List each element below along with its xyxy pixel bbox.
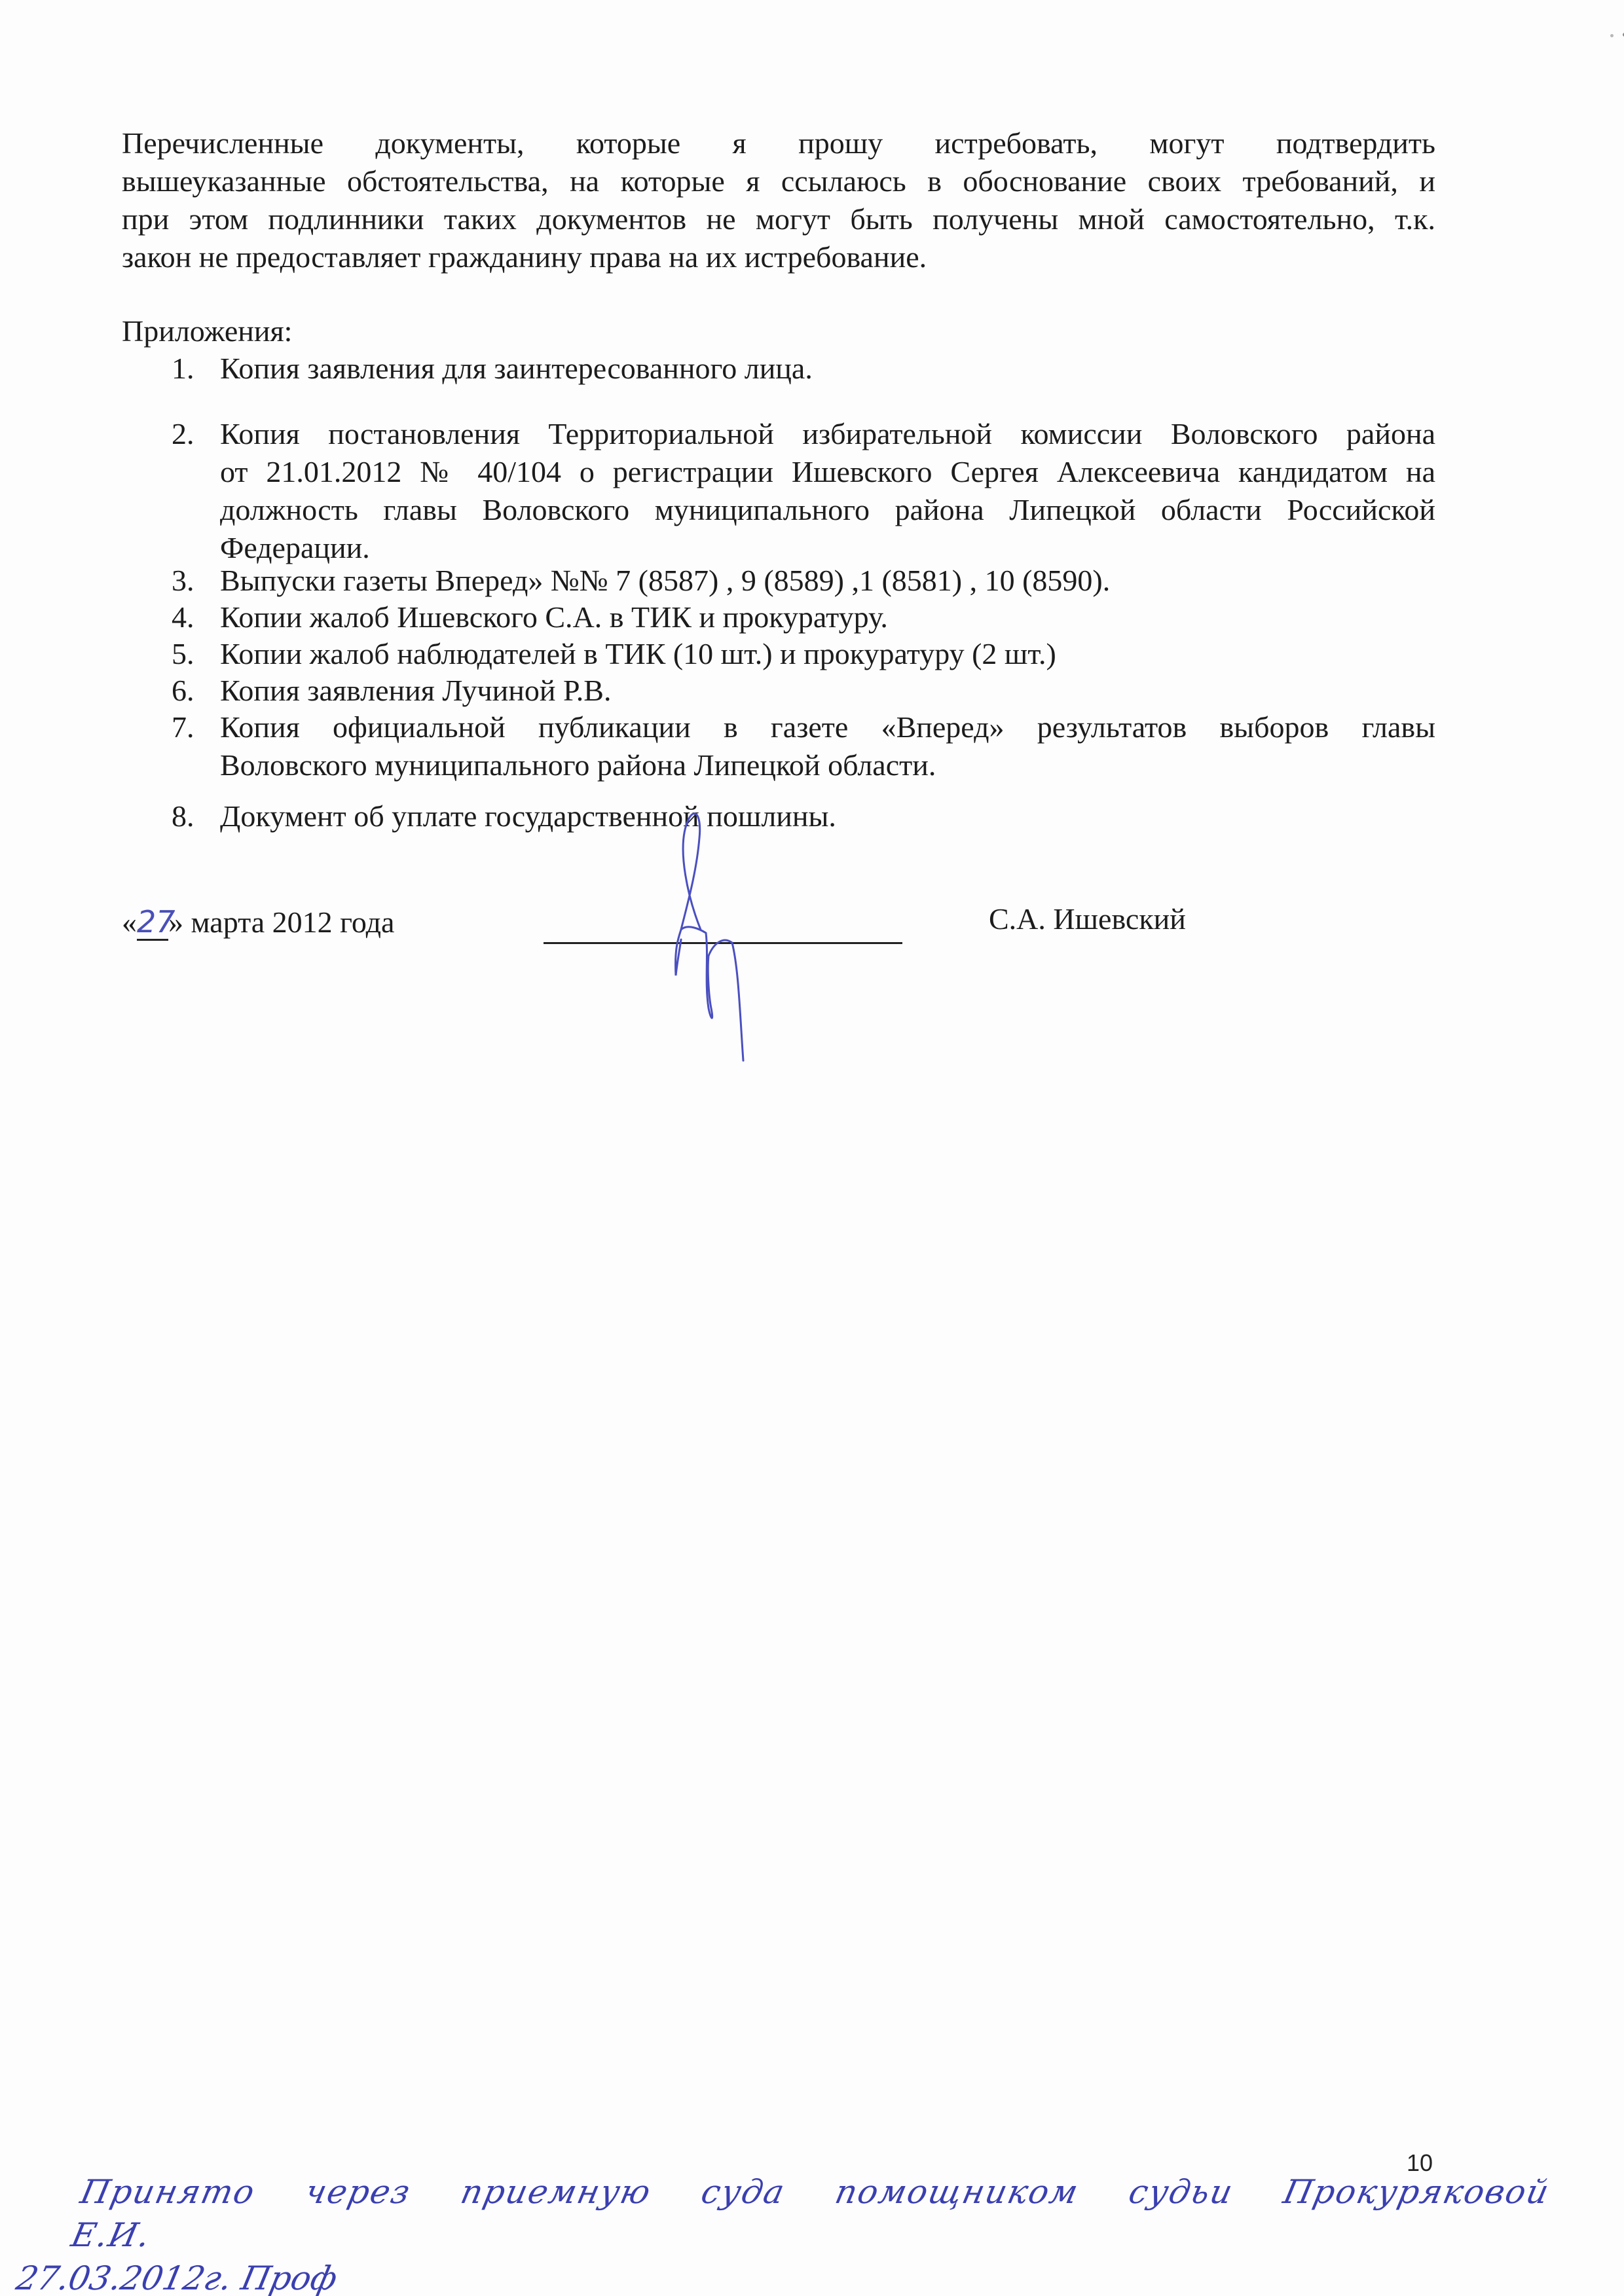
list-item-text: Копии жалоб Ишевского С.А. в ТИК и проку… <box>220 598 1435 636</box>
signer-name: С.А. Ишевский <box>989 900 1186 938</box>
handwritten-signature <box>648 799 779 1087</box>
list-item-text: Выпуски газеты Вперед» №№ 7 (8587) , 9 (… <box>220 562 1435 600</box>
list-item-text: Копия заявления для заинтересованного ли… <box>220 350 1435 388</box>
scanned-document-page: Перечисленные документы, которые я прошу… <box>0 0 1624 2296</box>
list-number: 5. <box>172 635 211 673</box>
paragraph-line: Перечисленные документы, которые я прошу… <box>122 124 1435 162</box>
paragraph-line: вышеуказанные обстоятельства, на которые… <box>122 162 1435 200</box>
list-number: 1. <box>172 350 211 388</box>
list-number: 6. <box>172 672 211 710</box>
handwritten-receipt-note: Принято через приемную суда помощником с… <box>58 2170 1592 2296</box>
paragraph-line: при этом подлинники таких документов не … <box>122 200 1435 238</box>
list-item-text: Копия заявления Лучиной Р.В. <box>220 672 1435 710</box>
list-number: 2. <box>172 415 211 453</box>
list-item-text: должность главы Воловского муниципальног… <box>220 491 1435 529</box>
attachments-heading: Приложения: <box>122 312 292 350</box>
handnote-line: 27.03.2012г. Проф <box>12 2257 1574 2296</box>
scan-speck <box>1610 34 1614 37</box>
list-item-text: от 21.01.2012 № 40/104 о регистрации Ише… <box>220 453 1435 491</box>
body-paragraph: Перечисленные документы, которые я прошу… <box>122 124 1435 276</box>
list-item-text: Копия постановления Территориальной изби… <box>220 415 1435 453</box>
list-number: 8. <box>172 797 211 835</box>
list-item-text: Воловского муниципального района Липецко… <box>220 746 1435 784</box>
list-item-text: Копии жалоб наблюдателей в ТИК (10 шт.) … <box>220 635 1435 673</box>
paragraph-line: закон не предоставляет гражданину права … <box>122 238 1435 276</box>
handwritten-day: 27 <box>137 905 168 941</box>
quote-open: « <box>122 905 137 939</box>
date-text: » марта 2012 года <box>168 905 394 939</box>
list-number: 3. <box>172 562 211 600</box>
list-item-text: Копия официальной публикации в газете «В… <box>220 708 1435 746</box>
list-number: 4. <box>172 598 211 636</box>
date-line: «27» марта 2012 года <box>122 903 394 941</box>
list-item-text: Документ об уплате государственной пошли… <box>220 797 1435 835</box>
handnote-line: Принято через приемную суда помощником с… <box>67 2170 1592 2257</box>
list-number: 7. <box>172 708 211 746</box>
